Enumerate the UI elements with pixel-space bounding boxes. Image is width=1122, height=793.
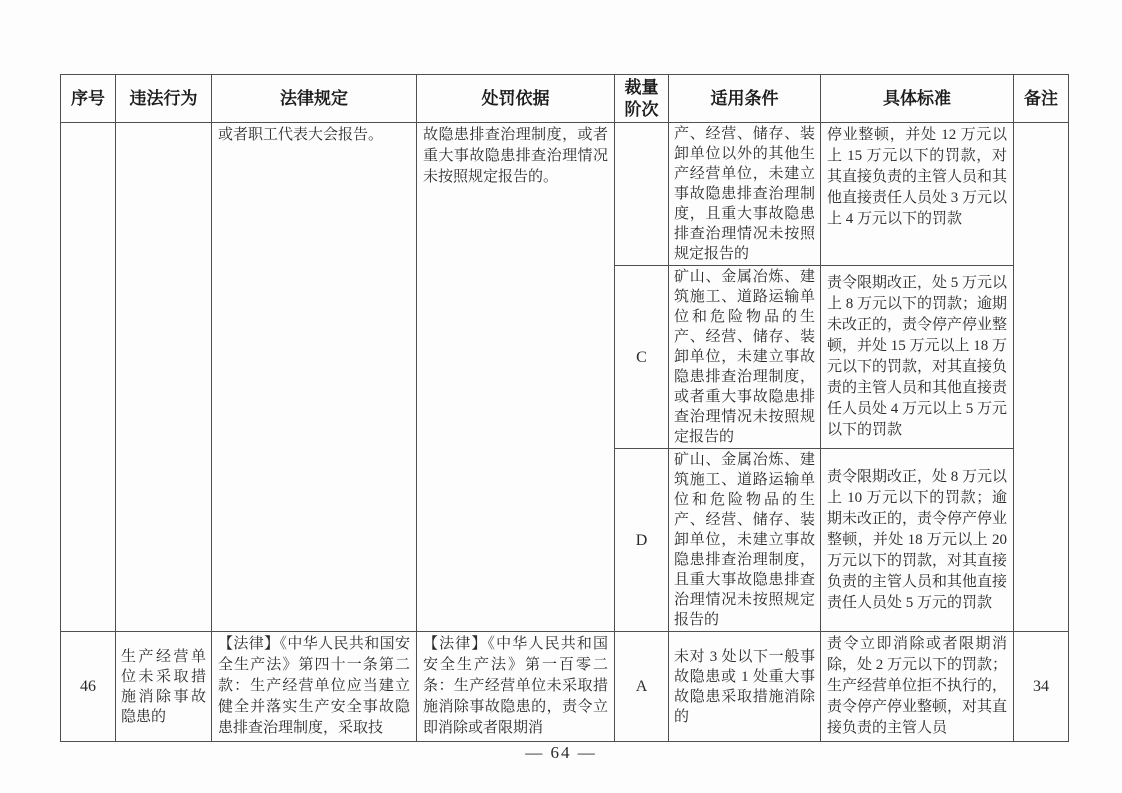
cell-cont-serial — [61, 123, 116, 632]
cell-46-condition: 未对 3 处以下一般事故隐患或 1 处重大事故隐患采取措施消除的 — [669, 632, 821, 742]
cell-cont-illegal-act — [116, 123, 212, 632]
header-serial-number: 序号 — [61, 75, 116, 123]
cell-sub2-level: C — [615, 266, 669, 449]
cell-46-standard: 责令立即消除或者限期消除，处 2 万元以下的罚款；生产经营单位拒不执行的，责令停… — [821, 632, 1014, 742]
cell-sub3-level: D — [615, 449, 669, 632]
header-specific-standard: 具体标准 — [821, 75, 1014, 123]
header-applicable-condition: 适用条件 — [669, 75, 821, 123]
header-illegal-act: 违法行为 — [116, 75, 212, 123]
header-penalty-basis: 处罚依据 — [417, 75, 615, 123]
header-remarks: 备注 — [1014, 75, 1069, 123]
cell-46-illegal-act: 生产经营单位未采取措施消除事故隐患的 — [116, 632, 212, 742]
header-legal-provision: 法律规定 — [212, 75, 417, 123]
continuation-row-sub1: 或者职工代表大会报告。 故隐患排查治理制度，或者重大事故隐患排查治理情况未按照规… — [61, 123, 1069, 266]
cell-46-serial: 46 — [61, 632, 116, 742]
cell-sub3-standard: 责令限期改正，处 8 万元以上 10 万元以下的罚款；逾期未改正的，责令停产停业… — [821, 449, 1014, 632]
cell-sub1-condition: 产、经营、储存、装卸单位以外的其他生产经营单位，未建立事故隐患排查治理制度，且重… — [669, 123, 821, 266]
penalty-standards-table: 序号 违法行为 法律规定 处罚依据 裁量阶次 适用条件 具体标准 备注 或者职工… — [60, 74, 1069, 742]
cell-sub2-standard: 责令限期改正，处 5 万元以上 8 万元以下的罚款；逾期未改正的，责令停产停业整… — [821, 266, 1014, 449]
cell-46-legal-provision: 【法律】《中华人民共和国安全生产法》第四十一条第二款：生产经营单位应当建立健全并… — [212, 632, 417, 742]
cell-sub1-level — [615, 123, 669, 266]
page-number: — 64 — — [0, 743, 1122, 763]
cell-cont-remarks — [1014, 123, 1069, 632]
cell-46-penalty-basis: 【法律】《中华人民共和国安全生产法》第一百零二条：生产经营单位未采取措施消除事故… — [417, 632, 615, 742]
cell-sub2-condition: 矿山、金属冶炼、建筑施工、道路运输单位和危险物品的生产、经营、储存、装卸单位，未… — [669, 266, 821, 449]
table-header-row: 序号 违法行为 法律规定 处罚依据 裁量阶次 适用条件 具体标准 备注 — [61, 75, 1069, 123]
cell-cont-penalty-basis: 故隐患排查治理制度，或者重大事故隐患排查治理情况未按照规定报告的。 — [417, 123, 615, 632]
row-46: 46 生产经营单位未采取措施消除事故隐患的 【法律】《中华人民共和国安全生产法》… — [61, 632, 1069, 742]
cell-46-level: A — [615, 632, 669, 742]
cell-cont-legal-provision: 或者职工代表大会报告。 — [212, 123, 417, 632]
document-page: 序号 违法行为 法律规定 处罚依据 裁量阶次 适用条件 具体标准 备注 或者职工… — [0, 0, 1122, 793]
cell-46-remarks: 34 — [1014, 632, 1069, 742]
header-discretion-level: 裁量阶次 — [615, 75, 669, 123]
cell-sub3-condition: 矿山、金属冶炼、建筑施工、道路运输单位和危险物品的生产、经营、储存、装卸单位，未… — [669, 449, 821, 632]
cell-sub1-standard: 停业整顿，并处 12 万元以上 15 万元以下的罚款，对其直接负责的主管人员和其… — [821, 123, 1014, 266]
